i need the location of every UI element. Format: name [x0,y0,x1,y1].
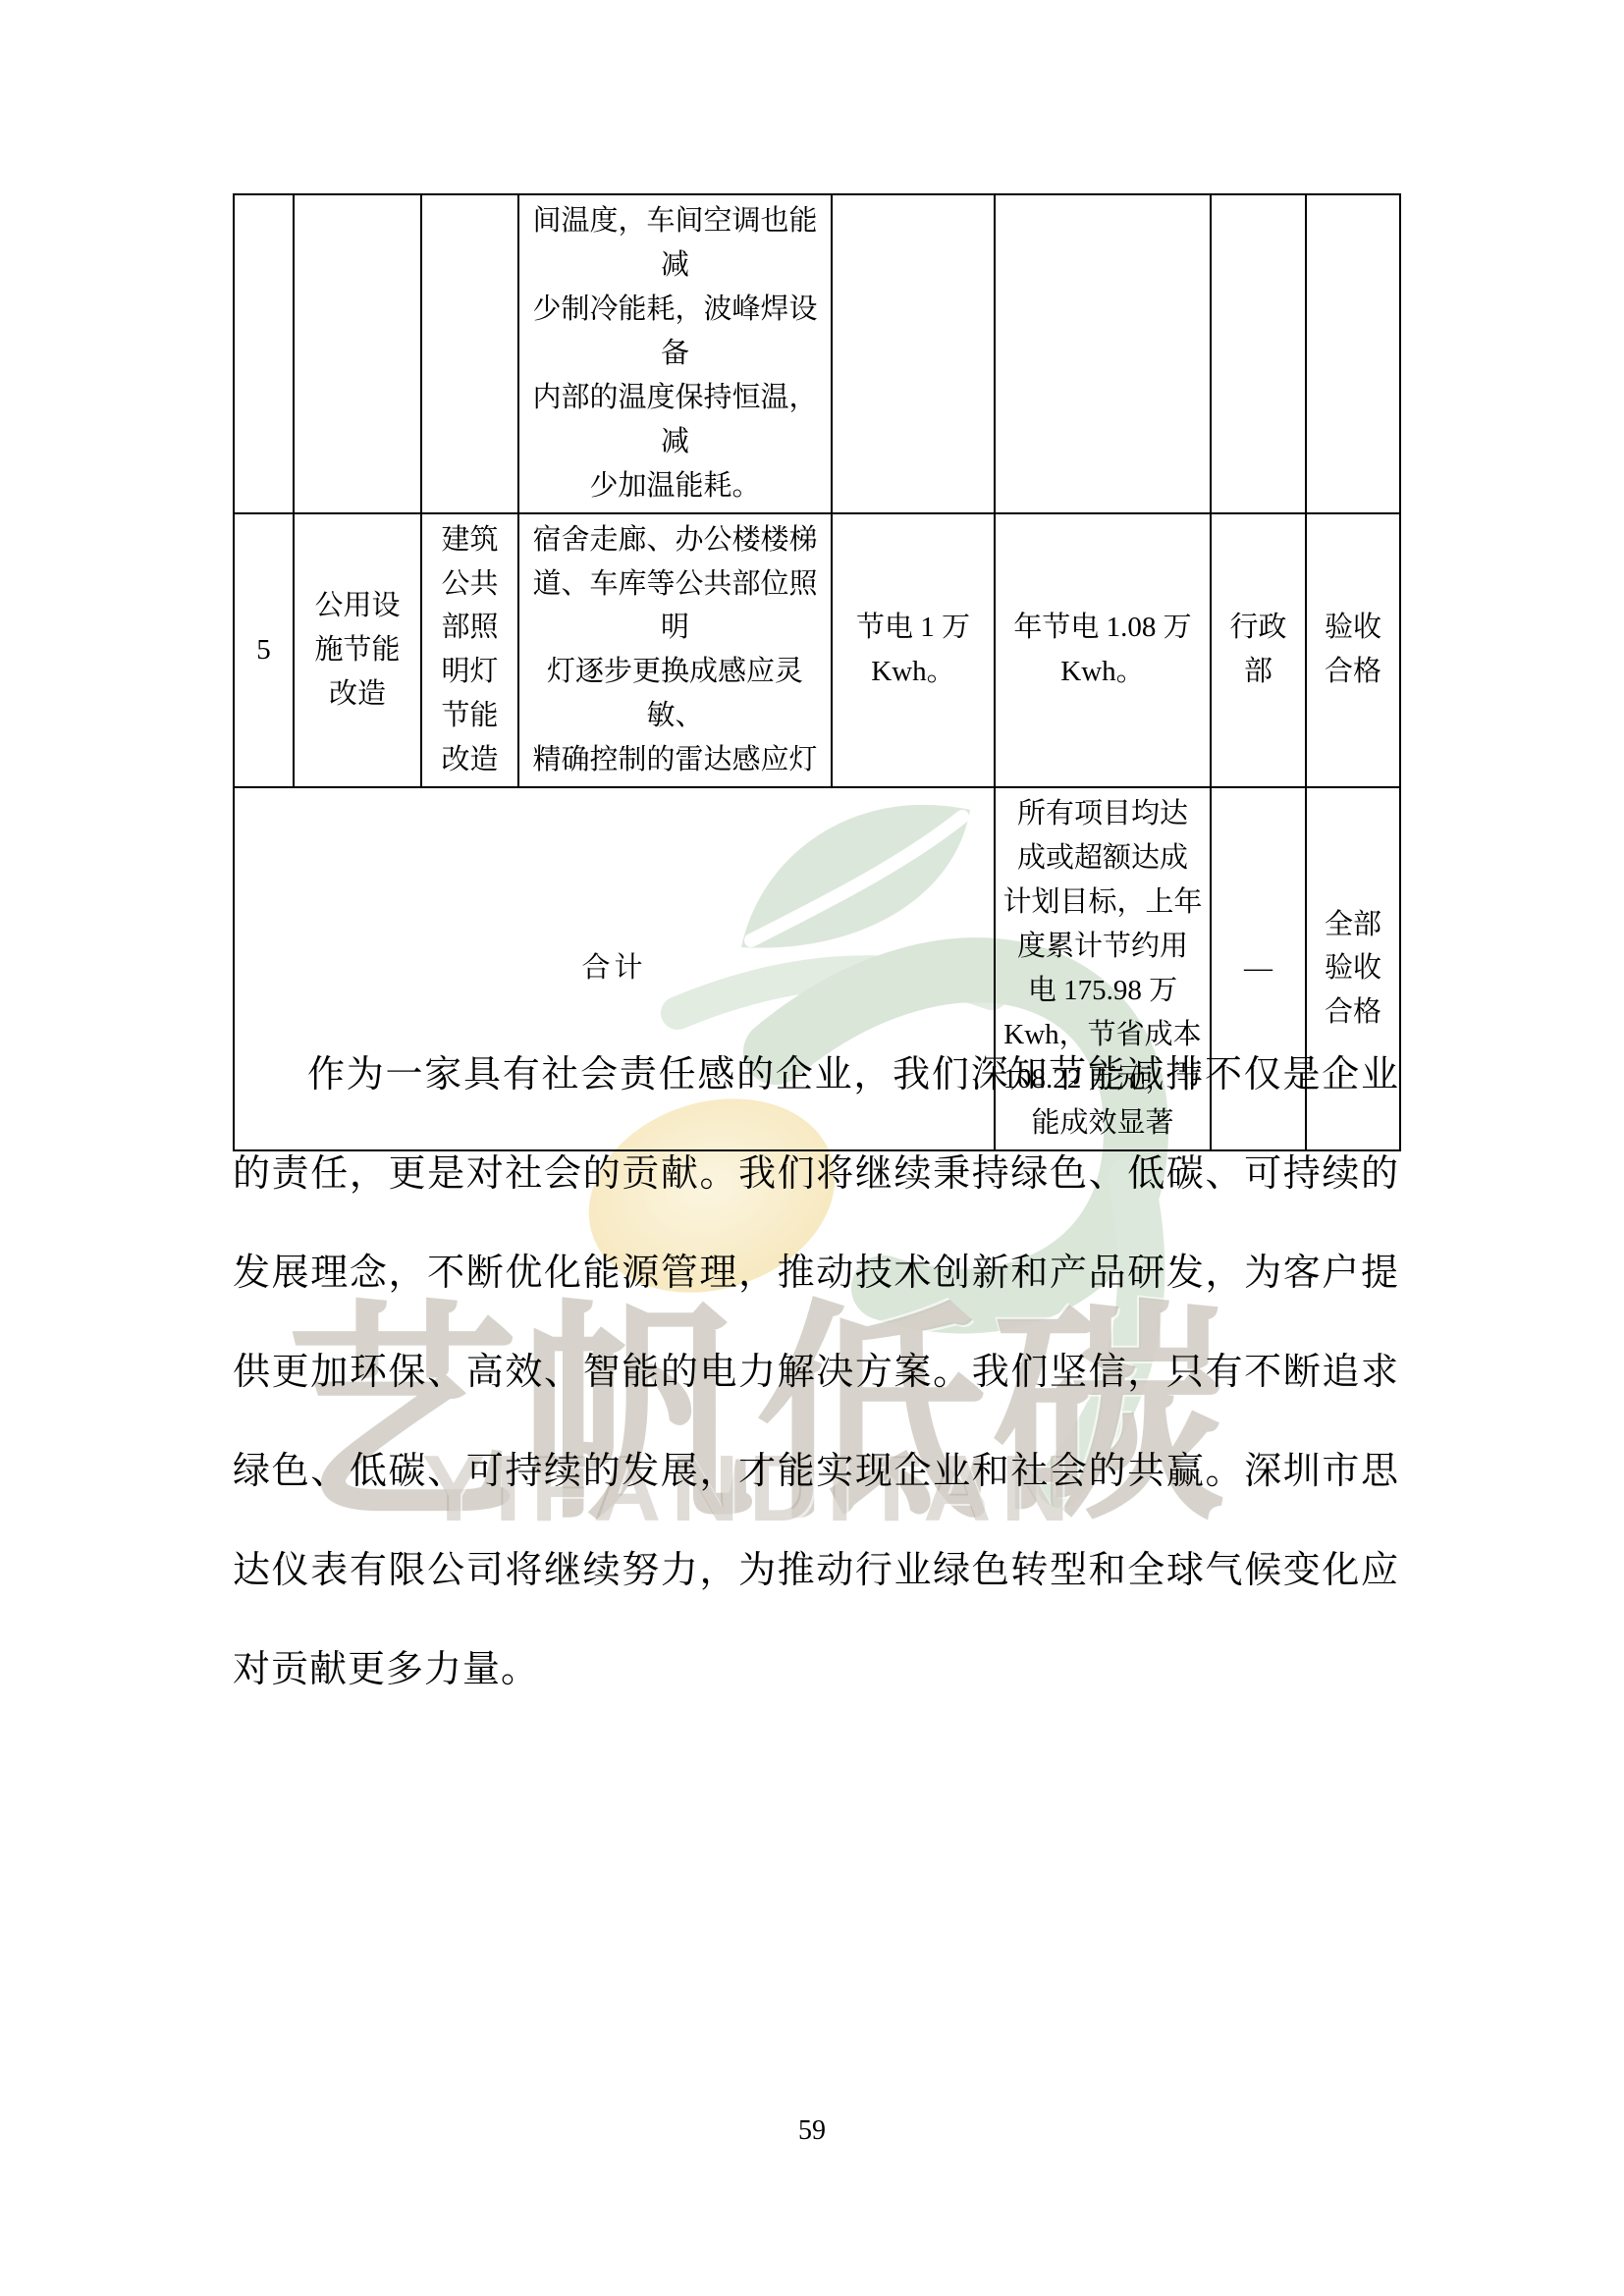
table-row-continuation: 间温度，车间空调也能减 少制冷能耗，波峰焊设备 内部的温度保持恒温，减 少加温能… [234,194,1400,513]
cell-acceptance-status: 验收 合格 [1306,513,1400,788]
cell-saving-result: 年节电 1.08 万 Kwh。 [995,513,1211,788]
cell-empty [1211,194,1306,513]
paragraph-line: 对贡献更多力量。 [233,1621,1399,1720]
paragraph-line: 的责任，更是对社会的贡献。我们将继续秉持绿色、低碳、可持续的 [233,1125,1399,1224]
closing-paragraph: 作为一家具有社会责任感的企业，我们深知节能减排不仅是企业 的责任，更是对社会的贡… [233,1026,1399,1720]
paragraph-line: 绿色、低碳、可持续的发展，才能实现企业和社会的共赢。深圳市思 [233,1422,1399,1522]
paragraph-line: 发展理念，不断优化能源管理，推动技术创新和产品研发，为客户提 [233,1224,1399,1323]
cell-empty [294,194,421,513]
energy-projects-table: 间温度，车间空调也能减 少制冷能耗，波峰焊设备 内部的温度保持恒温，减 少加温能… [233,193,1401,1151]
cell-measure-description: 宿舍走廊、办公楼楼梯 道、车库等公共部位照明 灯逐步更换成感应灵敏、 精确控制的… [518,513,832,788]
cell-sub-project: 建筑 公共 部照 明灯 节能 改造 [421,513,518,788]
cell-empty [832,194,995,513]
paragraph-line: 供更加环保、高效、智能的电力解决方案。我们坚信，只有不断追求 [233,1323,1399,1422]
cell-department: 行政 部 [1211,513,1306,788]
document-page: 间温度，车间空调也能减 少制冷能耗，波峰焊设备 内部的温度保持恒温，减 少加温能… [0,0,1624,2296]
cell-empty [234,194,294,513]
cell-empty [995,194,1211,513]
paragraph-line: 作为一家具有社会责任感的企业，我们深知节能减排不仅是企业 [233,1026,1399,1125]
cell-saving-target: 节电 1 万 Kwh。 [832,513,995,788]
cell-empty [1306,194,1400,513]
cell-measure-description-continued: 间温度，车间空调也能减 少制冷能耗，波峰焊设备 内部的温度保持恒温，减 少加温能… [518,194,832,513]
cell-category: 公用设 施节能 改造 [294,513,421,788]
table-row-item-5: 5 公用设 施节能 改造 建筑 公共 部照 明灯 节能 改造 宿舍走廊、办公楼楼… [234,513,1400,788]
cell-index: 5 [234,513,294,788]
page-number: 59 [0,2115,1624,2147]
cell-empty [421,194,518,513]
paragraph-line: 达仪表有限公司将继续努力，为推动行业绿色转型和全球气候变化应 [233,1522,1399,1621]
